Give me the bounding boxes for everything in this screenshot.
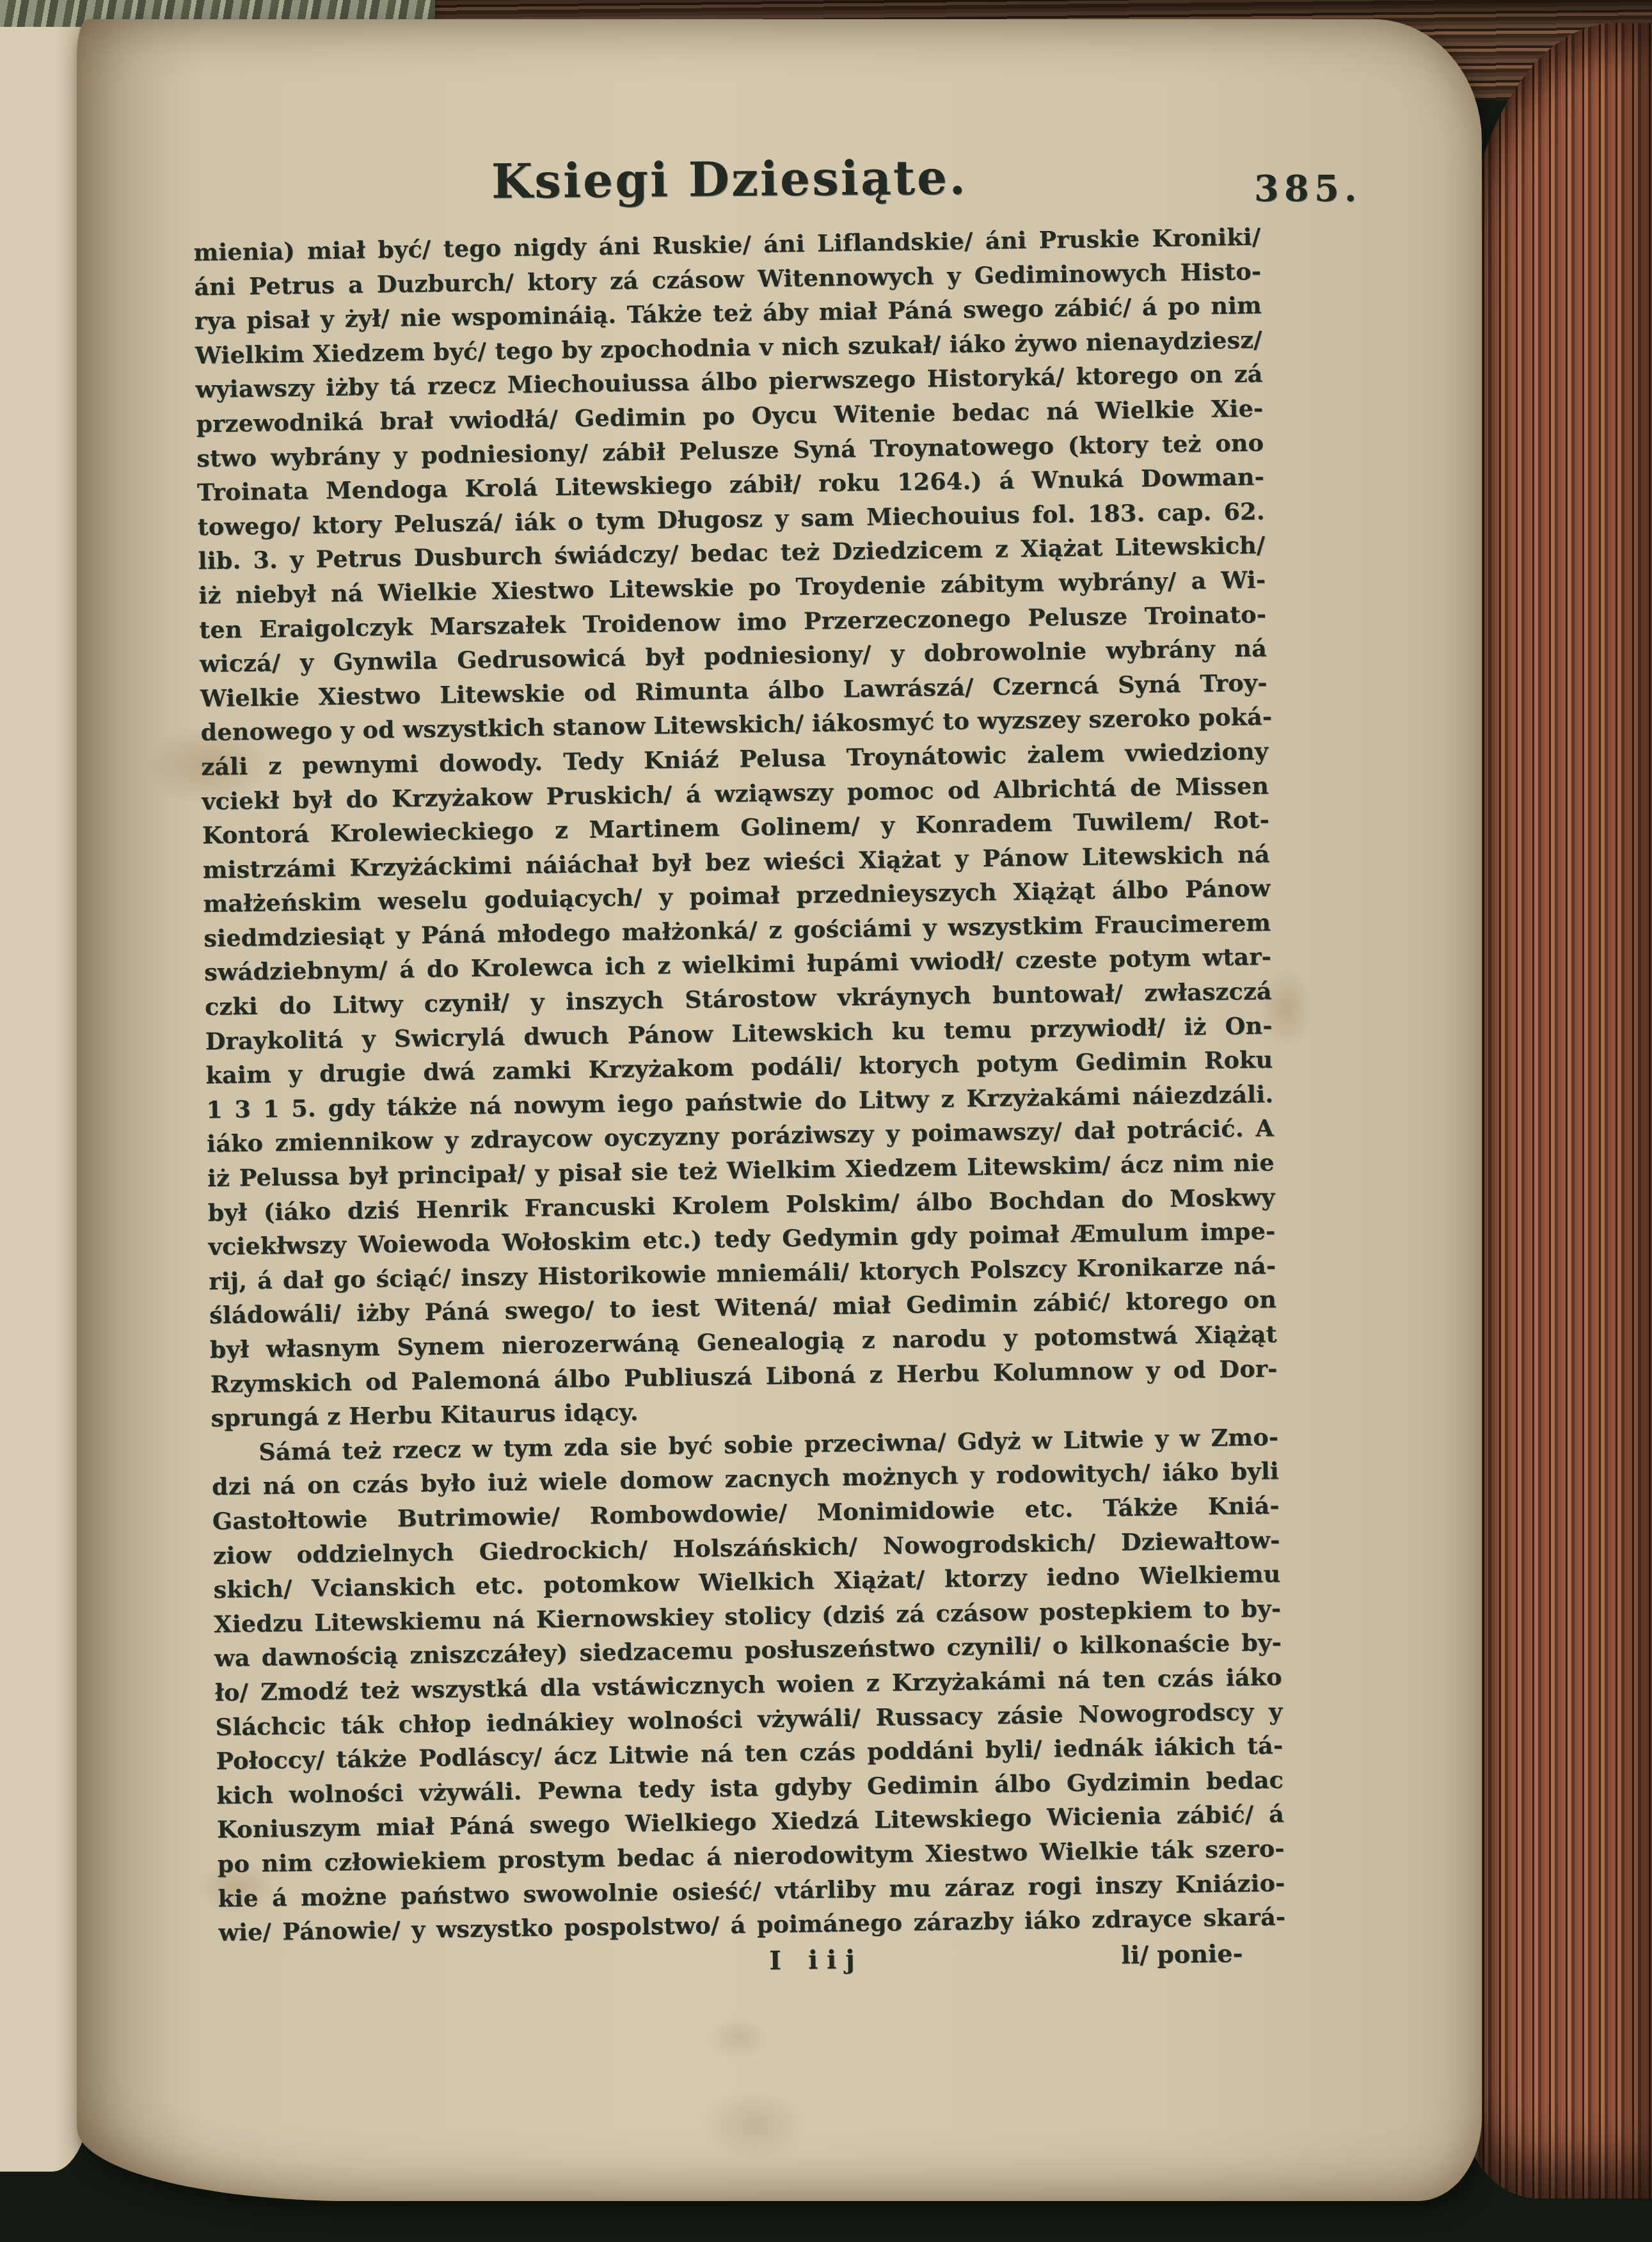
book-scan: Ksiegi Dziesiąte. 385. mienia) miał być/…	[0, 0, 1652, 2242]
signature-mark: I iij	[769, 1944, 864, 1976]
page-number: 385.	[1254, 168, 1362, 210]
page-text: mienia) miał być/ tego nigdy áni Ruskie/…	[193, 220, 1286, 1950]
book-fore-edge	[1461, 23, 1652, 2198]
catchword: li/ ponie-	[1121, 1939, 1243, 1969]
page-title: Ksiegi Dziesiąte.	[198, 148, 1261, 212]
